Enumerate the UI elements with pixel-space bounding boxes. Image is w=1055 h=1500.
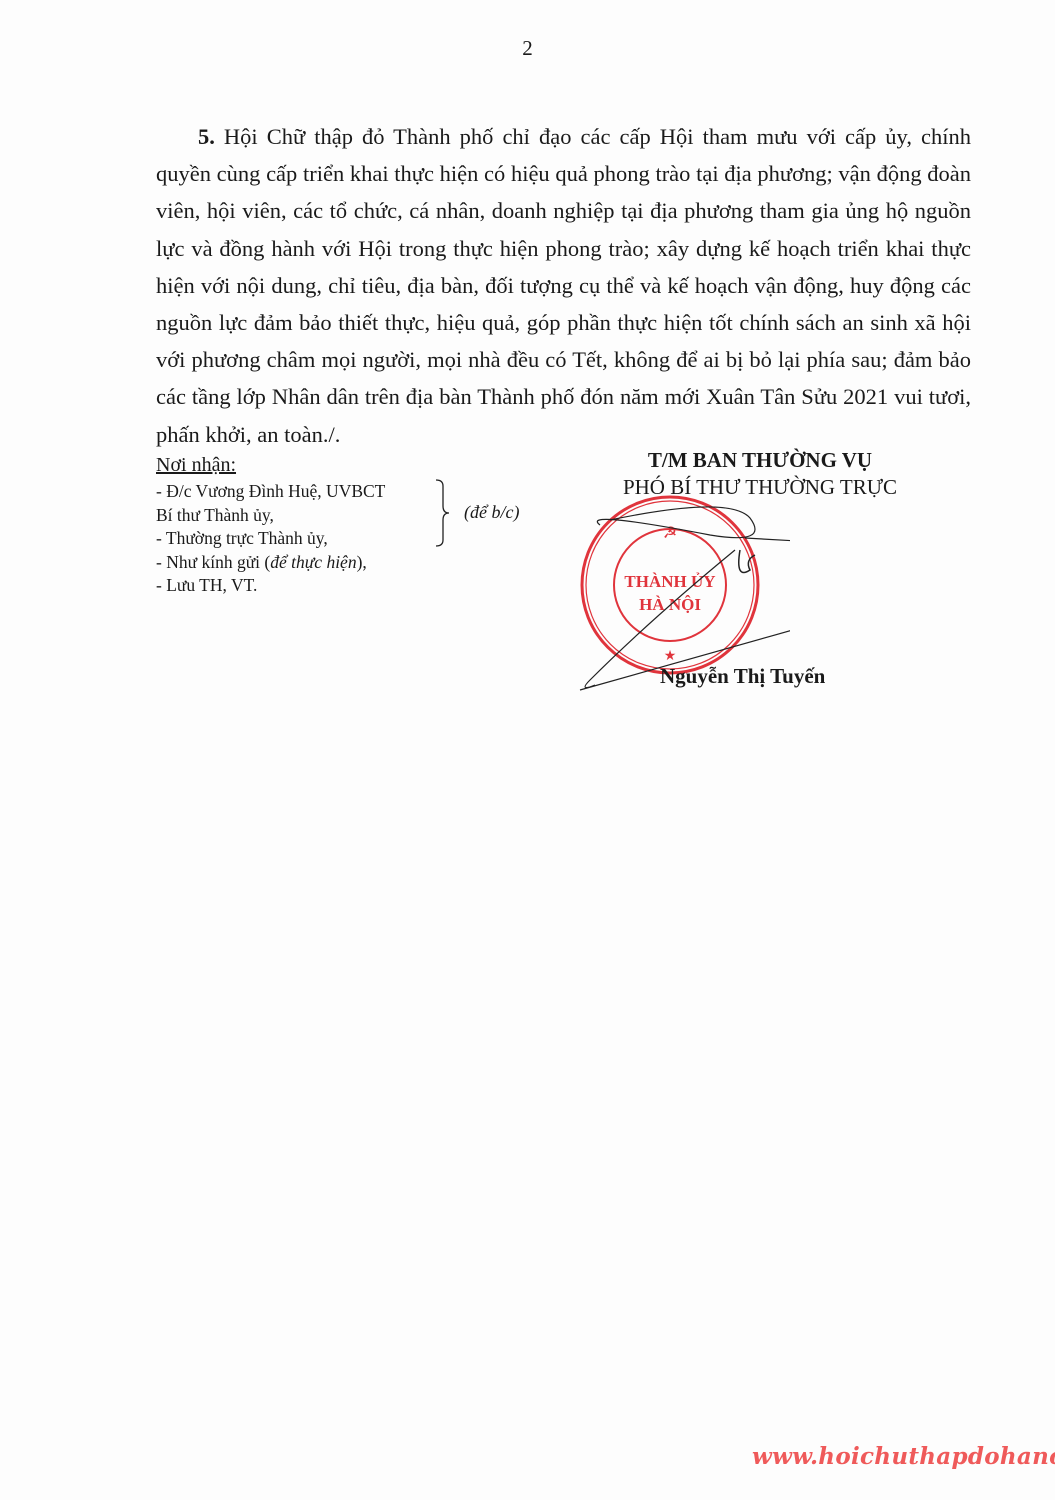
recipient-line: - Lưu TH, VT. bbox=[156, 574, 385, 598]
paragraph-text: Hội Chữ thập đỏ Thành phố chỉ đạo các cấ… bbox=[156, 124, 971, 447]
svg-text:★: ★ bbox=[664, 649, 677, 664]
item-number: 5. bbox=[198, 124, 215, 149]
recipients-block: Nơi nhận: - Đ/c Vương Đình Huệ, UVBCT Bí… bbox=[156, 452, 385, 598]
body-paragraph: 5. Hội Chữ thập đỏ Thành phố chỉ đạo các… bbox=[156, 118, 971, 453]
page-number: 2 bbox=[0, 36, 1055, 61]
recipient-line: - Đ/c Vương Đình Huệ, UVBCT bbox=[156, 480, 385, 504]
recipients-title: Nơi nhận: bbox=[156, 452, 385, 478]
recipients-group-note: (để b/c) bbox=[464, 502, 519, 523]
brace-icon bbox=[434, 478, 452, 548]
recipient-line: - Như kính gửi (để thực hiện), bbox=[156, 551, 385, 575]
svg-text:THÀNH ỦY: THÀNH ỦY bbox=[624, 572, 715, 591]
watermark-url: www.hoichuthapdohanoi.vn bbox=[752, 1443, 1055, 1470]
signer-name: Nguyễn Thị Tuyến bbox=[660, 664, 825, 689]
recipient-line: - Thường trực Thành ủy, bbox=[156, 527, 385, 551]
recipient-line: Bí thư Thành ủy, bbox=[156, 504, 385, 528]
